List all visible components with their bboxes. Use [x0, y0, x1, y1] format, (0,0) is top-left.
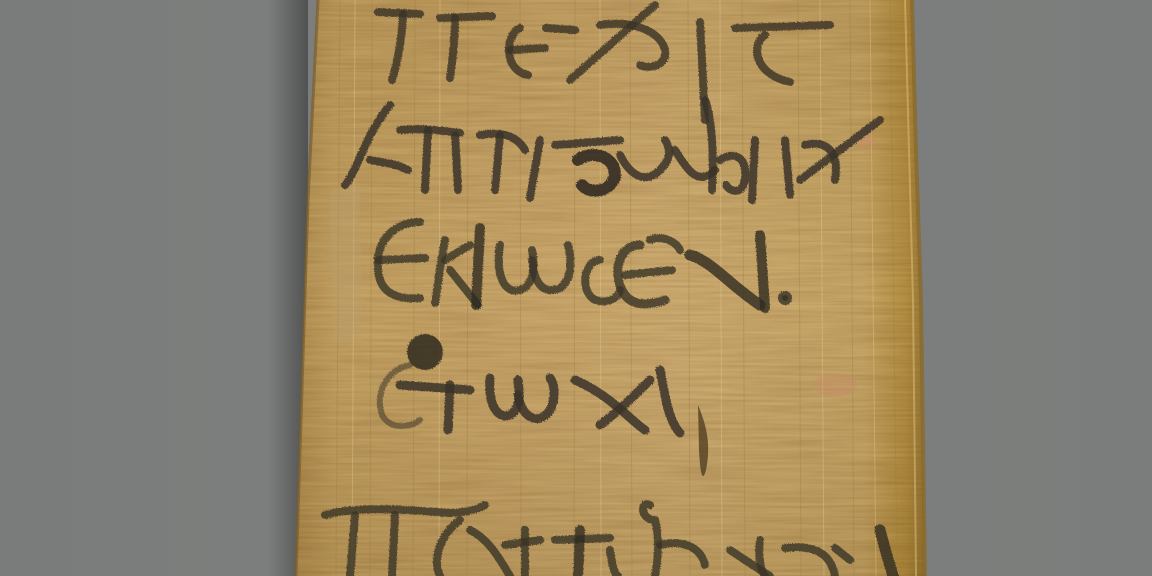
wooden-tablet — [0, 0, 1152, 576]
red-stain — [813, 373, 857, 397]
